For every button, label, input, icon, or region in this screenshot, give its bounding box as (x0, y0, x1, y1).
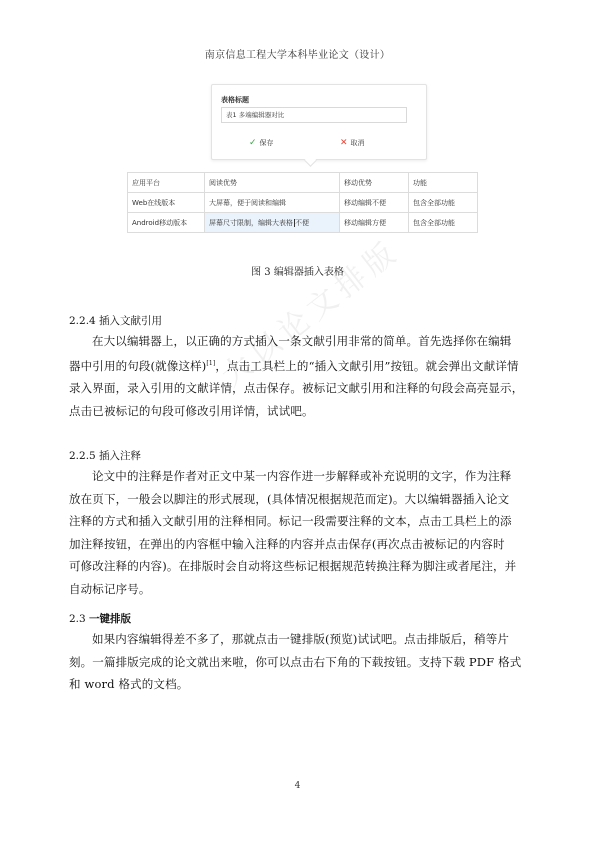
text-line: 论文中的注释是作者对正文中某一内容作进一步解释或补充说明的文字，作为注释 (69, 465, 529, 488)
text-line: 放在页下，一般会以脚注的形式展现，(具体情况根据规范而定)。大以编辑器插入论文 (69, 488, 529, 511)
check-icon: ✓ (249, 138, 257, 148)
text-line: 在大以编辑器上，以正确的方式插入一条文献引用非常的简单。首先选择你在编辑 (69, 330, 529, 353)
text-line: 如果内容编辑得差不多了，那就点击一键排版(预览)试试吧。点击排版后，稍等片 (69, 628, 529, 651)
text-line: 器中引用的句段(就像这样)[1]，点击工具栏上的“插入文献引用”按钮。就会弹出文… (69, 353, 529, 378)
paragraph-2-3: 如果内容编辑得差不多了，那就点击一键排版(预览)试试吧。点击排版后，稍等片 刻。… (69, 628, 529, 696)
figure-editor-table: 表格标题 表1 多端编辑器对比 ✓ 保存 ✕ 取消 应用平台 阅读优势 移动优势… (127, 84, 493, 242)
text-line: 刻。一篇排版完成的论文就出来啦，你可以点击右下角的下载按钮。支持下载 PDF 格… (69, 651, 529, 674)
save-button[interactable]: ✓ 保存 (249, 138, 274, 148)
close-icon: ✕ (340, 138, 348, 148)
text-segment: ，点击工具栏上的“插入文献引用”按钮。就会弹出文献详情 (215, 359, 518, 373)
table-title-label: 表格标题 (221, 95, 249, 105)
table-row: Android移动版本 屏幕尺寸限制，编辑大表格不便 移动编辑方便 包含全部功能 (128, 213, 478, 233)
table-header-row: 应用平台 阅读优势 移动优势 功能 (128, 173, 478, 193)
text-line: 加注释按钮，在弹出的内容框中输入注释的内容并点击保存(再次点击被标记的内容时 (69, 533, 529, 556)
table-cell[interactable]: 功能 (409, 173, 478, 193)
text-line: 和 word 格式的文档。 (69, 673, 529, 696)
table-cell-selected[interactable]: 屏幕尺寸限制，编辑大表格不便 (205, 213, 340, 233)
text-segment: 器中引用的句段(就像这样) (69, 359, 206, 373)
comparison-table: 应用平台 阅读优势 移动优势 功能 Web在线版本 大屏幕，便于阅读和编辑 移动… (127, 172, 478, 233)
figure-caption: 图 3 编辑器插入表格 (0, 263, 595, 278)
text-line: 可修改注释的内容)。在排版时会自动将这些标记根据规范转换注释为脚注或者尾注，并 (69, 555, 529, 578)
table-title-popup: 表格标题 表1 多端编辑器对比 ✓ 保存 ✕ 取消 (211, 84, 427, 160)
table-cell[interactable]: 大屏幕，便于阅读和编辑 (205, 193, 340, 213)
cancel-label: 取消 (351, 138, 365, 148)
table-row: Web在线版本 大屏幕，便于阅读和编辑 移动编辑不便 包含全部功能 (128, 193, 478, 213)
cancel-button[interactable]: ✕ 取消 (340, 138, 365, 148)
section-heading-2-2-4: 2.2.4 插入文献引用 (69, 313, 162, 328)
cell-text: 不便 (295, 219, 309, 227)
table-cell[interactable]: 应用平台 (128, 173, 205, 193)
table-title-input[interactable]: 表1 多端编辑器对比 (221, 107, 407, 123)
section-number: 2.3 (69, 613, 86, 625)
text-line: 自动标记序号。 (69, 578, 529, 601)
page-number: 4 (0, 781, 595, 791)
table-cell[interactable]: 移动优势 (340, 173, 409, 193)
table-cell[interactable]: 移动编辑不便 (340, 193, 409, 213)
text-line: 录入界面，录入引用的文献详情，点击保存。被标记文献引用和注释的句段会高亮显示， (69, 377, 529, 400)
paragraph-2-2-4: 在大以编辑器上，以正确的方式插入一条文献引用非常的简单。首先选择你在编辑 器中引… (69, 330, 529, 422)
section-heading-2-2-5: 2.2.5 插入注释 (69, 448, 141, 463)
text-line: 点击已被标记的句段可修改引用详情，试试吧。 (69, 400, 529, 423)
paragraph-2-2-5: 论文中的注释是作者对正文中某一内容作进一步解释或补充说明的文字，作为注释 放在页… (69, 465, 529, 601)
text-line: 注释的方式和插入文献引用的注释相同。标记一段需要注释的文本，点击工具栏上的添 (69, 510, 529, 533)
table-cell[interactable]: Web在线版本 (128, 193, 205, 213)
section-heading-2-3: 2.3 一键排版 (69, 611, 131, 626)
table-cell[interactable]: Android移动版本 (128, 213, 205, 233)
save-label: 保存 (260, 138, 274, 148)
table-cell[interactable]: 包含全部功能 (409, 213, 478, 233)
table-cell[interactable]: 包含全部功能 (409, 193, 478, 213)
section-title: 一键排版 (89, 613, 131, 625)
table-cell[interactable]: 移动编辑方便 (340, 213, 409, 233)
cell-text: 屏幕尺寸限制，编辑大表格 (209, 219, 293, 227)
running-header: 南京信息工程大学本科毕业论文（设计） (0, 46, 595, 61)
table-cell[interactable]: 阅读优势 (205, 173, 340, 193)
